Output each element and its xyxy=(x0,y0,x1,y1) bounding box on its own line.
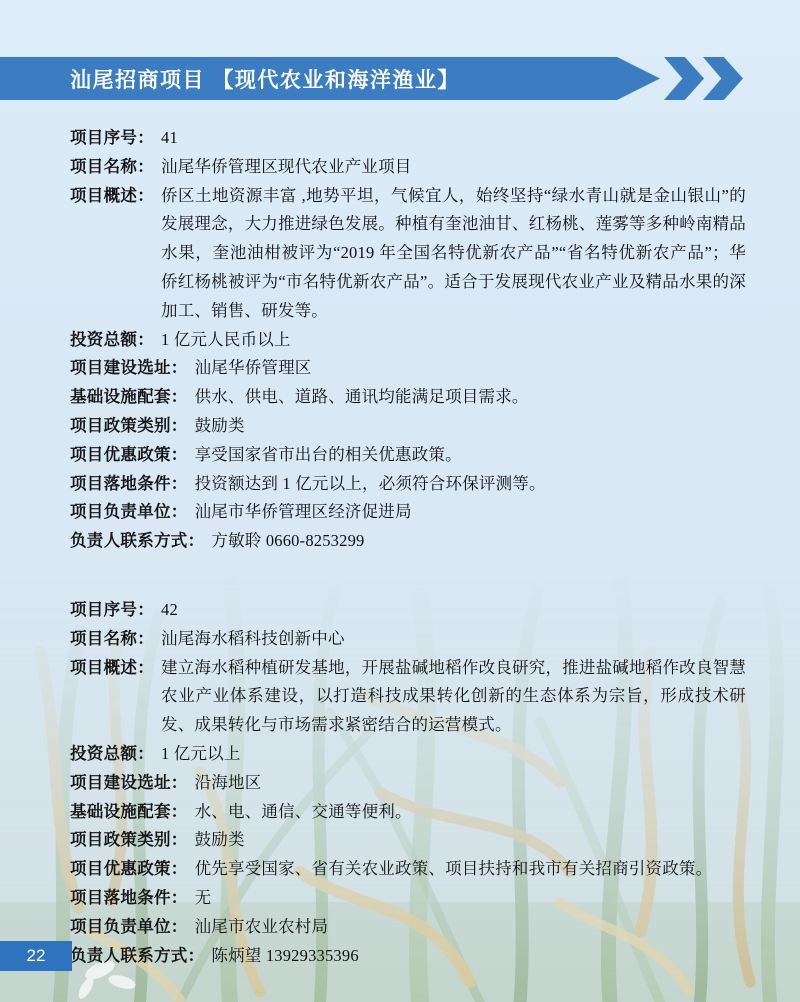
project-42-section: 项目序号： 42 项目名称： 汕尾海水稻科技创新中心 项目概述： 建立海水稻种植… xyxy=(70,596,746,970)
field-value: 汕尾市华侨管理区经济促进局 xyxy=(195,498,746,527)
field-row: 项目名称： 汕尾华侨管理区现代农业产业项目 xyxy=(70,153,746,182)
field-label: 项目序号： xyxy=(70,124,154,153)
page-title: 汕尾招商项目 【现代农业和海洋渔业】 xyxy=(70,64,460,94)
field-value: 鼓励类 xyxy=(195,826,746,855)
header-banner: 汕尾招商项目 【现代农业和海洋渔业】 xyxy=(0,57,660,100)
field-row: 项目负责单位： 汕尾市农业农村局 xyxy=(70,913,746,942)
field-row: 项目序号： 41 xyxy=(70,124,746,153)
field-value: 鼓励类 xyxy=(195,412,746,441)
field-value: 无 xyxy=(195,884,746,913)
field-value: 陈炳望 13929335396 xyxy=(211,942,746,971)
field-label: 项目名称： xyxy=(70,625,154,654)
brochure-page: 汕尾招商项目 【现代农业和海洋渔业】 项目序号： 41 项目名称： 汕尾华侨管理… xyxy=(0,0,800,1002)
field-value: 优先享受国家、省有关农业政策、项目扶持和我市有关招商引资政策。 xyxy=(195,855,746,884)
field-label: 项目序号： xyxy=(70,596,154,625)
field-value: 方敏聆 0660-8253299 xyxy=(211,527,746,556)
field-label: 投资总额： xyxy=(70,326,154,355)
field-value: 1 亿元人民币以上 xyxy=(161,326,746,355)
field-value: 侨区土地资源丰富 ,地势平坦，气候宜人，始终坚持“绿水青山就是金山银山”的发展理… xyxy=(161,182,746,326)
chevron-right-icon xyxy=(664,57,704,100)
field-row: 项目优惠政策： 享受国家省市出台的相关优惠政策。 xyxy=(70,441,746,470)
project-41-section: 项目序号： 41 项目名称： 汕尾华侨管理区现代农业产业项目 项目概述： 侨区土… xyxy=(70,124,746,556)
field-row: 项目建设选址： 汕尾华侨管理区 xyxy=(70,354,746,383)
field-value: 汕尾华侨管理区现代农业产业项目 xyxy=(161,153,746,182)
field-value: 沿海地区 xyxy=(195,769,746,798)
field-label: 项目概述： xyxy=(70,182,154,211)
field-label: 项目落地条件： xyxy=(70,884,188,913)
field-label: 项目优惠政策： xyxy=(70,441,188,470)
field-value: 41 xyxy=(161,124,746,153)
field-row: 投资总额： 1 亿元以上 xyxy=(70,740,746,769)
field-value: 汕尾华侨管理区 xyxy=(195,354,746,383)
field-row: 负责人联系方式： 陈炳望 13929335396 xyxy=(70,942,746,971)
field-row: 基础设施配套： 供水、供电、道路、通讯均能满足项目需求。 xyxy=(70,383,746,412)
field-value: 建立海水稻种植研发基地，开展盐碱地稻作改良研究，推进盐碱地稻作改良智慧农业产业体… xyxy=(161,654,746,740)
field-label: 项目政策类别： xyxy=(70,412,188,441)
field-row: 项目建设选址： 沿海地区 xyxy=(70,769,746,798)
field-value: 1 亿元以上 xyxy=(161,740,746,769)
field-label: 项目落地条件： xyxy=(70,470,188,499)
field-label: 负责人联系方式： xyxy=(70,942,204,971)
field-row: 项目落地条件： 投资额达到 1 亿元以上，必须符合环保评测等。 xyxy=(70,470,746,499)
page-number-badge: 22 xyxy=(0,941,72,971)
field-row: 项目负责单位： 汕尾市华侨管理区经济促进局 xyxy=(70,498,746,527)
field-row: 项目政策类别： 鼓励类 xyxy=(70,412,746,441)
field-row: 项目落地条件： 无 xyxy=(70,884,746,913)
field-row: 项目优惠政策： 优先享受国家、省有关农业政策、项目扶持和我市有关招商引资政策。 xyxy=(70,855,746,884)
field-label: 项目建设选址： xyxy=(70,354,188,383)
project-list: 项目序号： 41 项目名称： 汕尾华侨管理区现代农业产业项目 项目概述： 侨区土… xyxy=(70,124,746,970)
field-label: 负责人联系方式： xyxy=(70,527,204,556)
field-row: 项目政策类别： 鼓励类 xyxy=(70,826,746,855)
field-value: 享受国家省市出台的相关优惠政策。 xyxy=(195,441,746,470)
field-label: 项目负责单位： xyxy=(70,498,188,527)
field-label: 项目名称： xyxy=(70,153,154,182)
field-label: 项目负责单位： xyxy=(70,913,188,942)
field-label: 基础设施配套： xyxy=(70,798,188,827)
field-value: 水、电、通信、交通等便利。 xyxy=(195,798,746,827)
field-value: 汕尾市农业农村局 xyxy=(195,913,746,942)
field-row: 项目概述： 侨区土地资源丰富 ,地势平坦，气候宜人，始终坚持“绿水青山就是金山银… xyxy=(70,182,746,326)
field-row: 项目名称： 汕尾海水稻科技创新中心 xyxy=(70,625,746,654)
field-label: 项目概述： xyxy=(70,654,154,683)
field-row: 项目概述： 建立海水稻种植研发基地，开展盐碱地稻作改良研究，推进盐碱地稻作改良智… xyxy=(70,654,746,740)
field-value: 投资额达到 1 亿元以上，必须符合环保评测等。 xyxy=(195,470,746,499)
field-row: 项目序号： 42 xyxy=(70,596,746,625)
chevron-right-icon xyxy=(703,57,743,100)
field-row: 负责人联系方式： 方敏聆 0660-8253299 xyxy=(70,527,746,556)
field-label: 项目建设选址： xyxy=(70,769,188,798)
field-value: 42 xyxy=(161,596,746,625)
field-label: 项目政策类别： xyxy=(70,826,188,855)
field-value: 汕尾海水稻科技创新中心 xyxy=(161,625,746,654)
field-value: 供水、供电、道路、通讯均能满足项目需求。 xyxy=(195,383,746,412)
field-row: 投资总额： 1 亿元人民币以上 xyxy=(70,326,746,355)
field-label: 项目优惠政策： xyxy=(70,855,188,884)
field-label: 投资总额： xyxy=(70,740,154,769)
field-label: 基础设施配套： xyxy=(70,383,188,412)
field-row: 基础设施配套： 水、电、通信、交通等便利。 xyxy=(70,798,746,827)
